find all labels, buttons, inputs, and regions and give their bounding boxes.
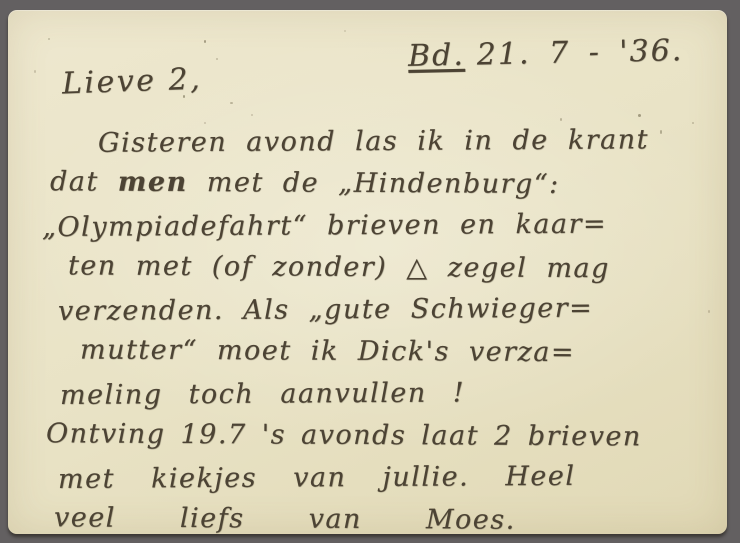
dateline-date: 21. 7 - '36. (476, 33, 683, 72)
line-segment: mutter“ moet ik Dick's verza= (80, 334, 575, 368)
line-segment: „Olympiadefahrt“ brieven en kaar= (42, 209, 607, 243)
line-segment: verzenden. Als „gute Schwieger= (58, 293, 593, 327)
handwritten-line: „Olympiadefahrt“ brieven en kaar= (42, 203, 713, 249)
handwritten-line: Ontving 19.7 's avonds laat 2 brieven (42, 413, 713, 459)
line-segment: ten met (of zonder) △ zegel mag (68, 250, 610, 284)
line-segment: dat (50, 166, 118, 197)
body-lines: Gisteren avond las ik in de krantdat men… (42, 121, 713, 541)
line-segment: meling toch aanvullen ! (60, 377, 465, 410)
dateline-place: Bd. (407, 38, 465, 74)
handwritten-line: veel liefs van Moes. (42, 497, 713, 543)
line-segment: Gisteren avond las ik in de krant (98, 124, 649, 158)
handwritten-line: dat men met de „Hindenburg“: (42, 161, 713, 207)
line-segment: Ontving 19.7 's avonds laat 2 brieven (46, 418, 642, 452)
postcard: Bd.21. 7 - '36. Lieve 2, Gisteren avond … (8, 10, 727, 534)
handwritten-line: met kiekjes van jullie. Heel (42, 455, 713, 501)
handwritten-line: ten met (of zonder) △ zegel mag (42, 245, 713, 291)
handwritten-line: Gisteren avond las ik in de krant (42, 119, 713, 165)
scan-background: Bd.21. 7 - '36. Lieve 2, Gisteren avond … (0, 0, 740, 543)
handwritten-line: meling toch aanvullen ! (42, 371, 713, 417)
line-segment: met de „Hindenburg“: (188, 167, 560, 200)
handwritten-line: mutter“ moet ik Dick's verza= (42, 329, 713, 375)
dateline: Bd.21. 7 - '36. (407, 33, 683, 74)
salutation: Lieve 2, (61, 62, 202, 102)
line-segment: met kiekjes van jullie. Heel (58, 461, 576, 495)
line-segment: veel liefs van Moes. (54, 502, 516, 535)
overwritten-word: men (118, 167, 188, 198)
handwritten-line: verzenden. Als „gute Schwieger= (42, 287, 713, 333)
